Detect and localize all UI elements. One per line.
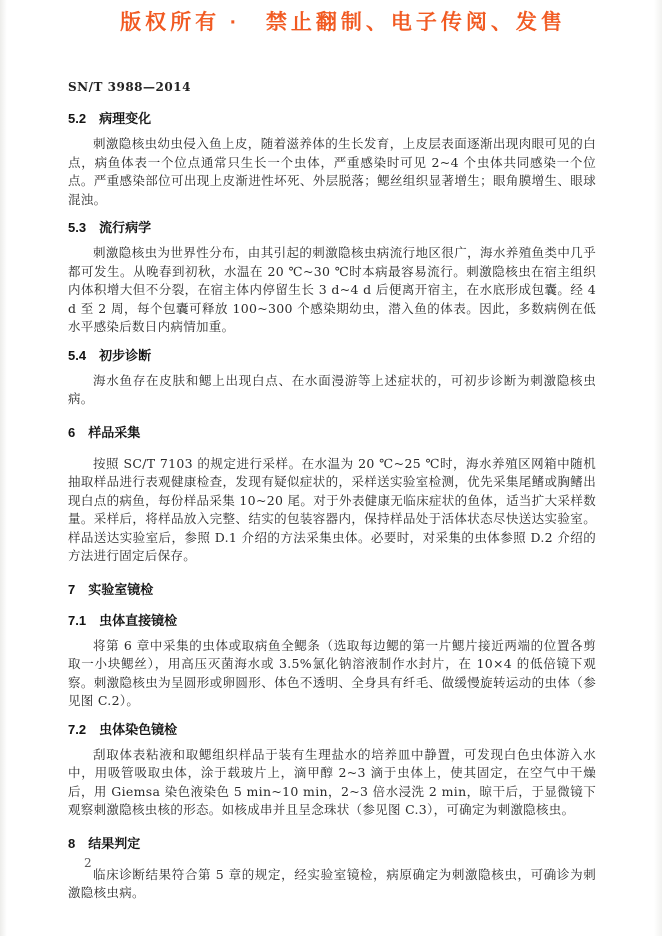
section-title: 虫体染色镜检 (99, 722, 177, 737)
paragraph: 临床诊断结果符合第 5 章的规定，经实验室镜检，病原确定为刺激隐核虫，可确诊为刺… (68, 866, 596, 903)
section-number: 7 (68, 581, 75, 599)
section-heading: 7实验室镜检 (68, 581, 596, 599)
paragraph: 刮取体表粘液和取鳃组织样品于装有生理盐水的培养皿中静置，可发现白色虫体游入水中，… (68, 746, 596, 820)
section-heading: 5.3流行病学 (68, 219, 596, 237)
paragraph: 刺激隐核虫为世界性分布，由其引起的刺激隐核虫病流行地区很广，海水养殖鱼类中几乎都… (68, 244, 596, 337)
page-number: 2 (84, 856, 92, 870)
copyright-banner: 版权所有 · 禁止翻制、电子传阅、发售 (0, 8, 662, 38)
section-title: 虫体直接镜检 (99, 613, 177, 628)
document-body: 5.2病理变化刺激隐核虫幼虫侵入鱼上皮，随着滋养体的生长发育，上皮层表面逐渐出现… (68, 110, 596, 903)
section-number: 6 (68, 424, 75, 442)
section-heading: 7.1虫体直接镜检 (68, 612, 596, 630)
section-heading: 7.2虫体染色镜检 (68, 721, 596, 739)
section-number: 5.3 (68, 219, 86, 237)
paragraph: 按照 SC/T 7103 的规定进行采样。在水温为 20 ℃~25 ℃时，海水养… (68, 455, 596, 566)
section-number: 7.2 (68, 721, 86, 739)
section-title: 结果判定 (88, 836, 140, 851)
paragraph: 海水鱼存在皮肤和鳃上出现白点、在水面漫游等上述症状的，可初步诊断为刺激隐核虫病。 (68, 372, 596, 409)
section-heading: 5.2病理变化 (68, 110, 596, 128)
section-title: 实验室镜检 (88, 582, 153, 597)
section-number: 5.2 (68, 110, 86, 128)
section-title: 病理变化 (99, 111, 151, 126)
document-page: 版权所有 · 禁止翻制、电子传阅、发售 SN/T 3988—2014 5.2病理… (0, 0, 662, 936)
section-number: 7.1 (68, 612, 86, 630)
section-number: 8 (68, 835, 75, 853)
section-title: 初步诊断 (99, 348, 151, 363)
section-number: 5.4 (68, 347, 86, 365)
section-heading: 6样品采集 (68, 424, 596, 442)
section-heading: 5.4初步诊断 (68, 347, 596, 365)
section-title: 样品采集 (88, 425, 140, 440)
doc-number: SN/T 3988—2014 (68, 80, 662, 94)
section-title: 流行病学 (99, 220, 151, 235)
section-heading: 8结果判定 (68, 835, 596, 853)
paragraph: 刺激隐核虫幼虫侵入鱼上皮，随着滋养体的生长发育，上皮层表面逐渐出现肉眼可见的白点… (68, 135, 596, 209)
paragraph: 将第 6 章中采集的虫体或取病鱼全鳃条（选取每边鳃的第一片鳃片接近两端的位置各剪… (68, 637, 596, 711)
